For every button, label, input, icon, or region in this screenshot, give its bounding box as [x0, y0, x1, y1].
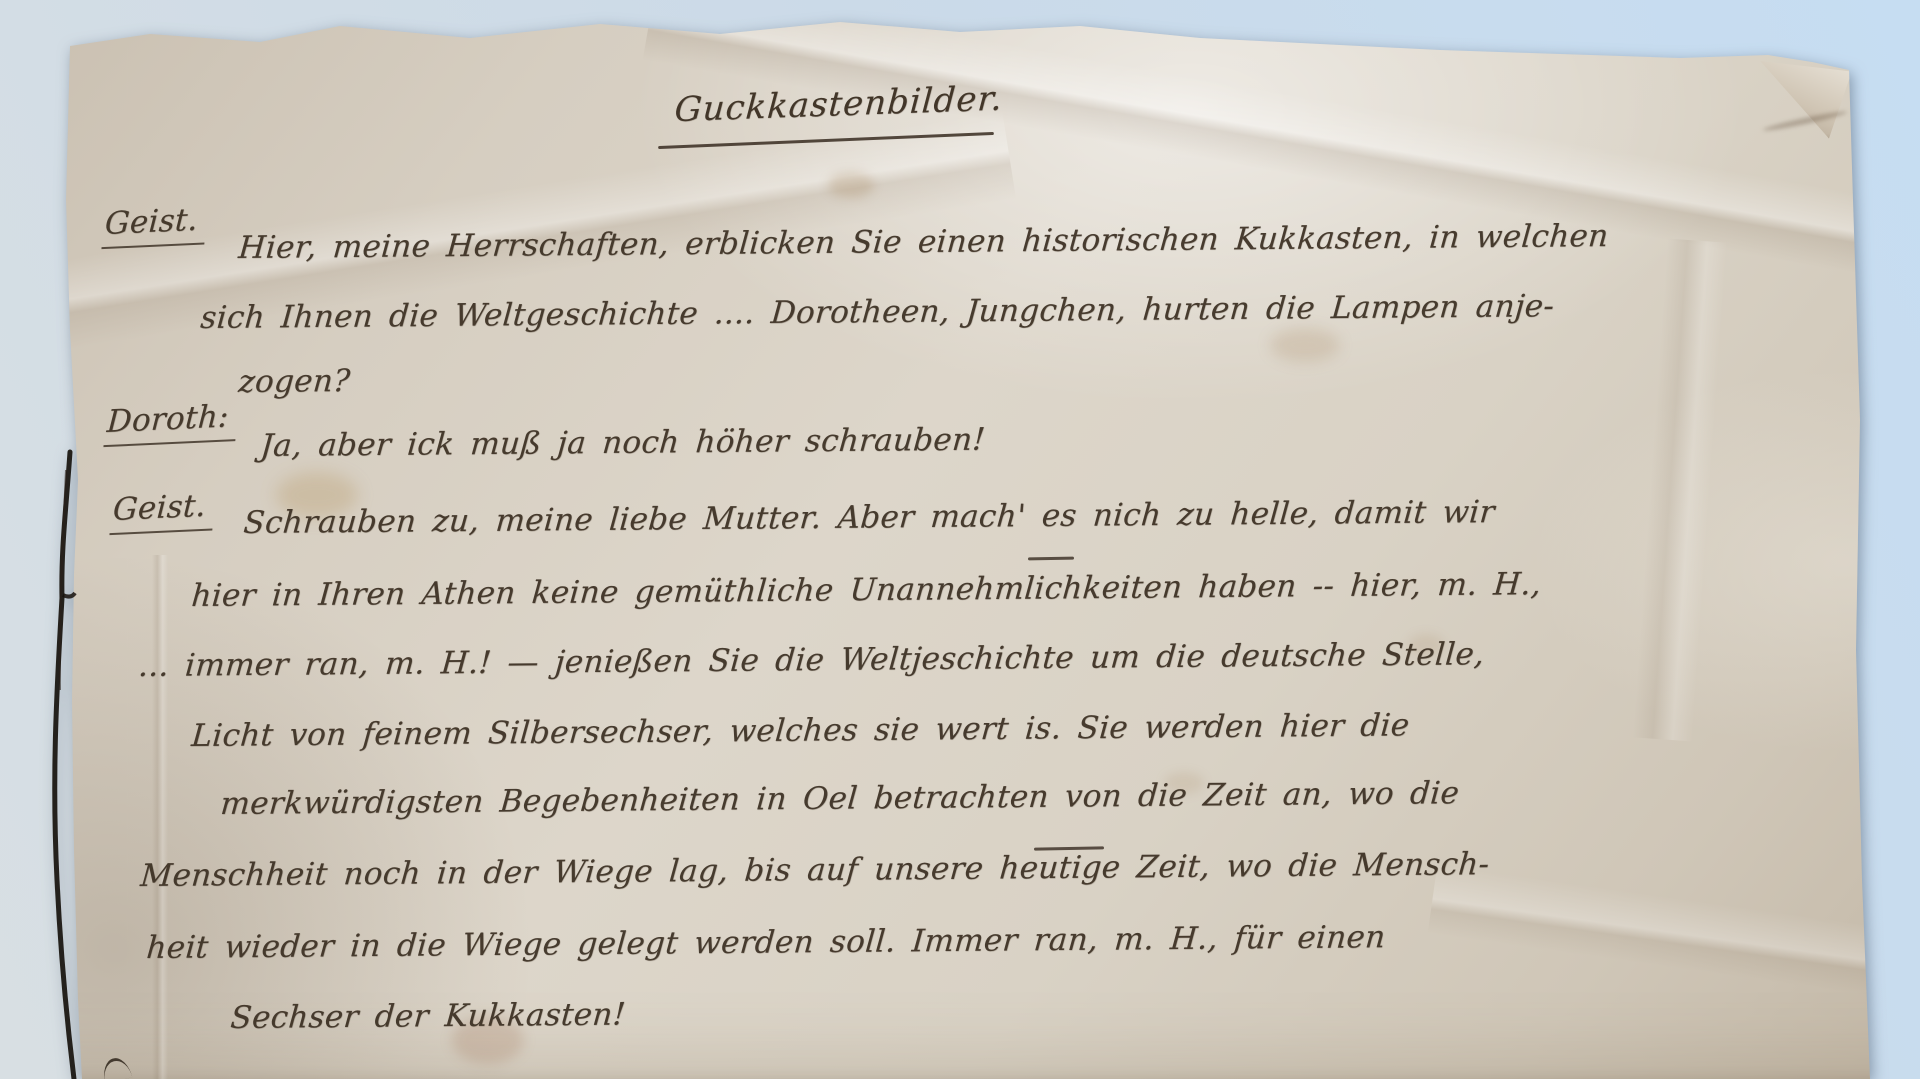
manuscript-line: Ja, aber ick muß ja noch höher schrauben…: [259, 422, 986, 464]
paper-crease: [152, 555, 168, 1079]
manuscript-photo: Guckkastenbilder. Geist. Hier, meine Her…: [0, 0, 1920, 1079]
manuscript-line: Schrauben zu, meine liebe Mutter. Aber m…: [242, 494, 1496, 541]
word-underline: [1028, 557, 1074, 560]
manuscript-line: sich Ihnen die Weltgeschichte .... Dorot…: [199, 288, 1555, 336]
manuscript-line: Menschheit noch in der Wiege lag, bis au…: [139, 846, 1491, 894]
page-title: Guckkastenbilder.: [673, 79, 1004, 131]
paper-stain: [828, 172, 874, 198]
binding-thread: [0, 0, 130, 1079]
manuscript-line: hier in Ihren Athen keine gemüthliche Un…: [190, 566, 1542, 614]
manuscript-line: heit wieder in die Wiege gelegt werden s…: [145, 919, 1387, 966]
manuscript-line: ... immer ran, m. H.! — jenießen Sie die…: [137, 636, 1486, 684]
manuscript-line: zogen?: [237, 363, 351, 400]
paper-crease: [1428, 864, 1920, 1006]
manuscript-line: Hier, meine Herrschaften, erblicken Sie …: [237, 218, 1610, 266]
title-underline: [658, 132, 994, 149]
manuscript-line: Licht von feinem Silbersechser, welches …: [190, 707, 1411, 754]
paper-stain: [1270, 328, 1340, 362]
manuscript-page: Guckkastenbilder. Geist. Hier, meine Her…: [0, 0, 1920, 1079]
paper-crease: [1633, 239, 1728, 742]
manuscript-line: Sechser der Kukkasten!: [229, 997, 627, 1036]
manuscript-line: merkwürdigsten Begebenheiten in Oel betr…: [219, 775, 1460, 822]
